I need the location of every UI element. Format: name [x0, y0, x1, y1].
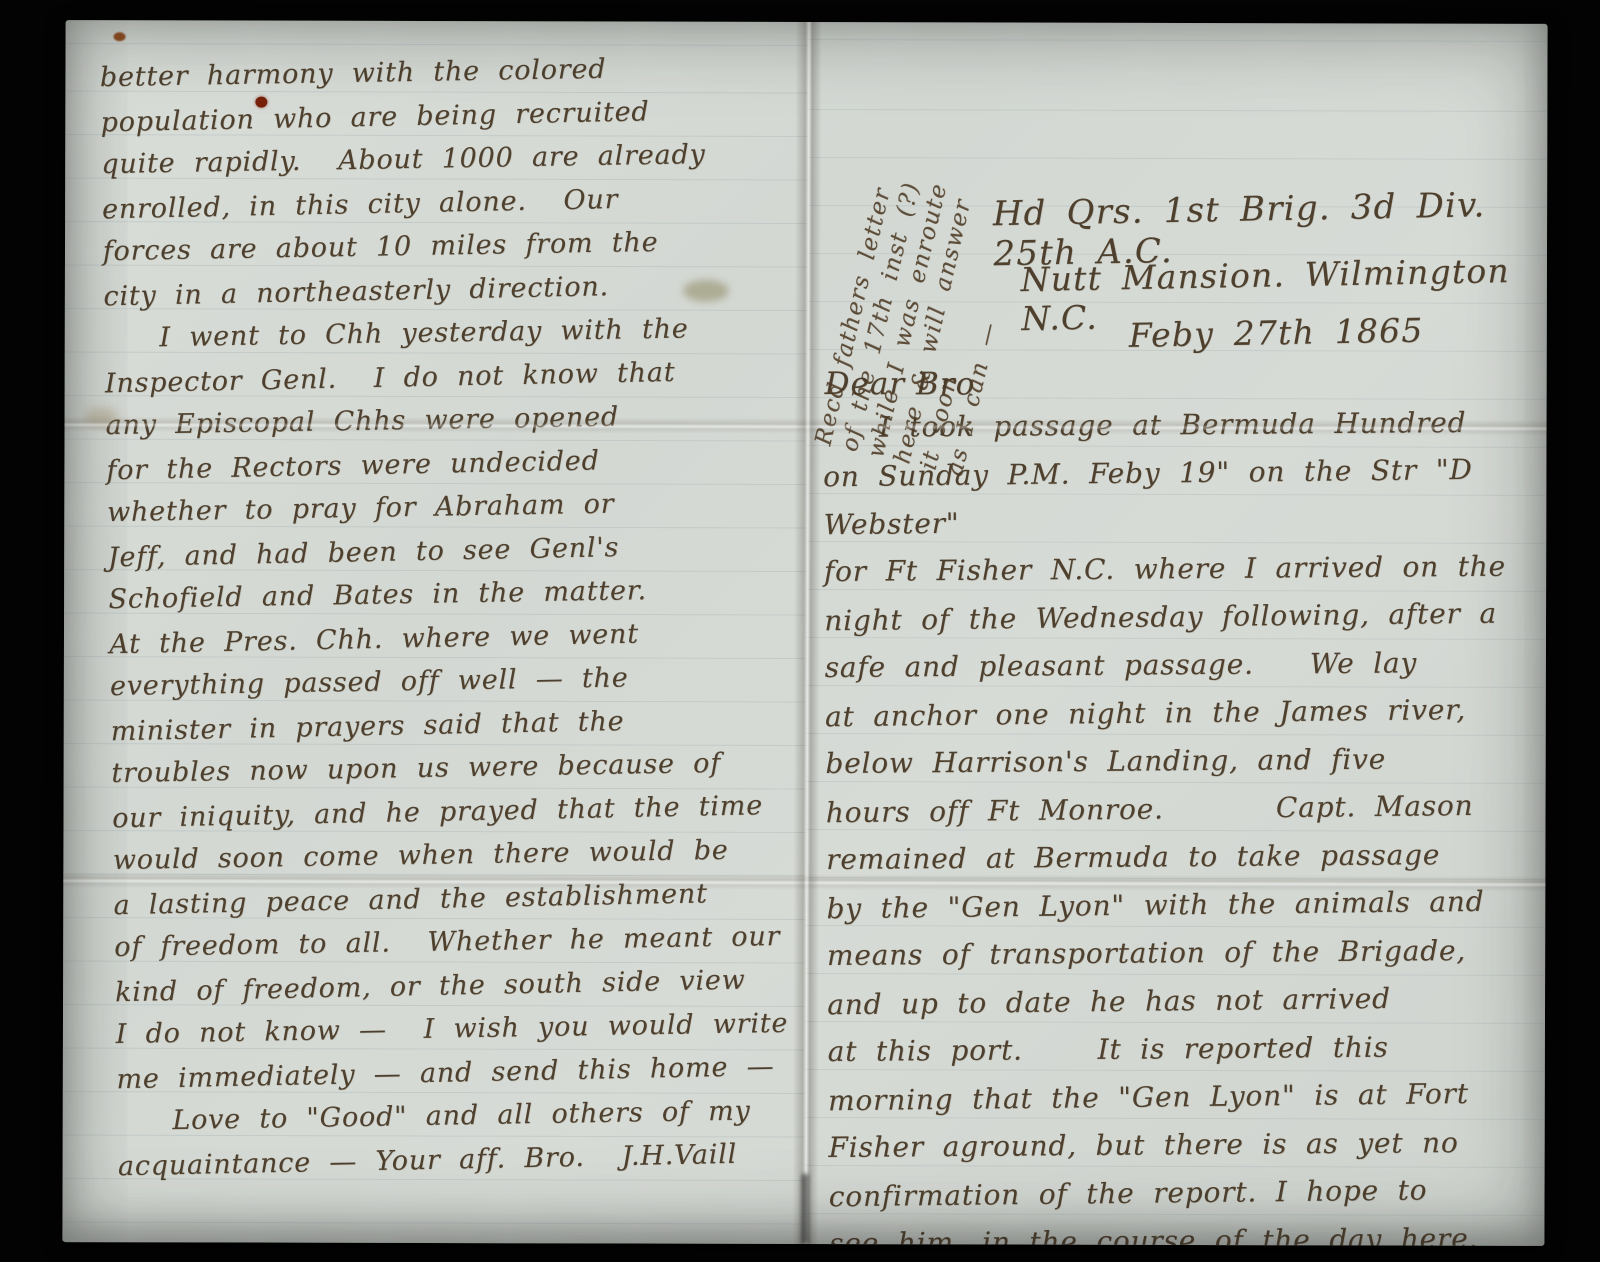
letter-line: night of the Wednesday following, after … [824, 589, 1536, 645]
letter-line: hours off Ft Monroe. Capt. Mason [826, 781, 1538, 837]
rust-stain [114, 32, 126, 41]
letter-salutation: Dear Bro [825, 366, 976, 402]
letter-line: Fisher aground, but there is as yet no [828, 1118, 1540, 1172]
letter-left-page: better harmony with the coloredpopulatio… [62, 20, 807, 1244]
letter-line: I took passage at Bermuda Hundred [823, 398, 1535, 452]
letter-sheet: better harmony with the coloredpopulatio… [62, 20, 1547, 1246]
left-page-text: better harmony with the coloredpopulatio… [100, 44, 808, 1187]
right-page-text: I took passage at Bermuda Hundredon Sund… [823, 398, 1542, 1245]
letter-line: safe and pleasant passage. We lay [824, 638, 1536, 692]
letter-line: at anchor one night in the James river, [825, 685, 1537, 741]
letter-line: at this port. It is reported this [828, 1022, 1540, 1076]
letter-heading-date: Feby 27th 1865 [1128, 311, 1423, 355]
letter-line: morning that the "Gen Lyon" is at Fort [828, 1069, 1540, 1125]
letter-line: remained at Bermuda to take passage [826, 830, 1538, 884]
letter-line: by the "Gen Lyon" with the animals and [826, 877, 1538, 933]
letter-line: confirmation of the report. I hope to [829, 1165, 1541, 1221]
letter-line: for Ft Fisher N.C. where I arrived on th… [824, 542, 1536, 596]
letter-line: on Sunday P.M. Feby 19" on the Str "D We… [823, 445, 1536, 549]
letter-line: and up to date he has not arrived [827, 973, 1539, 1029]
letter-right-page: Recd fathers letterof the 17th inst (?)w… [804, 22, 1547, 1246]
letter-line: means of transportation of the Brigade, [827, 926, 1539, 980]
letter-line: below Harrison's Landing, and five [825, 734, 1537, 788]
letter-scan-scene: better harmony with the coloredpopulatio… [0, 0, 1600, 1262]
